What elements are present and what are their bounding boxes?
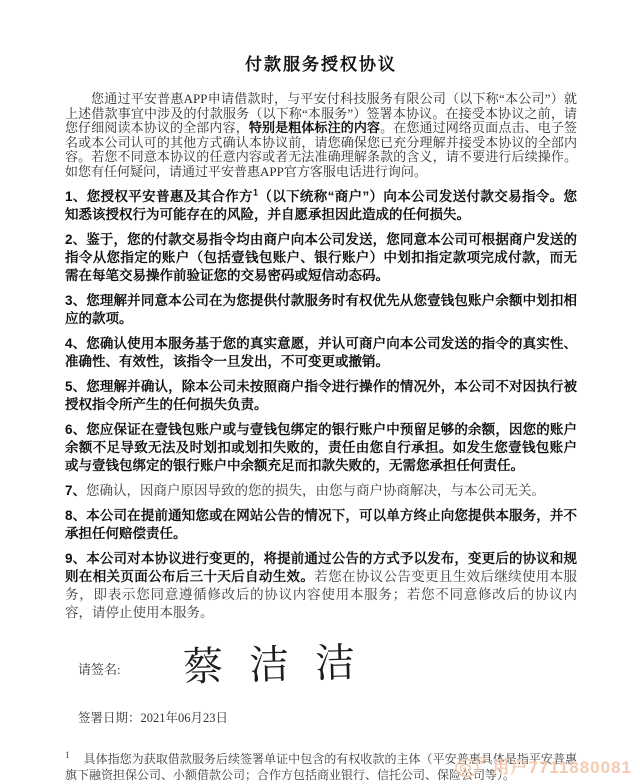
intro-text-bold: 特别是粗体标注的内容 bbox=[249, 120, 380, 135]
clause-1: 1、您授权平安普惠及其合作方1（以下统称“商户”）向本公司发送付款交易指令。您知… bbox=[65, 188, 577, 224]
intro-paragraph: 您通过平安普惠APP申请借款时，与平安付科技服务有限公司（以下称“本公司”）就上… bbox=[65, 92, 577, 179]
sign-date: 签署日期：2021年06月23日 bbox=[65, 708, 577, 726]
clause-6: 6、您应保证在壹钱包账户或与壹钱包绑定的银行账户中预留足够的余额，因您的账户余额… bbox=[65, 421, 577, 475]
clause-bold-text: 您应保证在壹钱包账户或与壹钱包绑定的银行账户中预留足够的余额，因您的账户余额不足… bbox=[65, 422, 577, 473]
clause-number: 7、 bbox=[65, 483, 86, 498]
clause-bold-text: 您理解并确认，除本公司未按照商户指令进行操作的情况外，本公司不对因执行被授权指令… bbox=[65, 379, 577, 412]
clause-bold-text: 鉴于，您的付款交易指令均由商户向本公司发送，您同意本公司可根据商户发送的指令从您… bbox=[65, 232, 577, 283]
clause-8: 8、本公司在提前通知您或在网站公告的情况下，可以单方终止向您提供本服务，并不承担… bbox=[65, 507, 577, 543]
weibo-watermark: 用户7711880081 bbox=[454, 752, 632, 778]
clause-7: 7、您确认，因商户原因导致的您的损失，由您与商户协商解决，与本公司无关。 bbox=[65, 482, 577, 500]
clause-2: 2、鉴于，您的付款交易指令均由商户向本公司发送，您同意本公司可根据商户发送的指令… bbox=[65, 231, 577, 285]
clause-number: 8、 bbox=[65, 508, 86, 523]
clause-4: 4、您确认使用本服务基于您的真实意愿，并认可商户向本公司发送的指令的真实性、准确… bbox=[65, 335, 577, 371]
clause-bold-text: 您理解并同意本公司在为您提供付款服务时有权优先从您壹钱包账户余额中划扣相应的款项… bbox=[65, 293, 577, 326]
page-title: 付款服务授权协议 bbox=[65, 50, 577, 75]
clause-bold-text: 您确认使用本服务基于您的真实意愿，并认可商户向本公司发送的指令的真实性、准确性、… bbox=[65, 336, 577, 369]
signature-label: 请签名: bbox=[78, 659, 121, 678]
clause-number: 9、 bbox=[65, 551, 86, 566]
footnote-marker: 1 bbox=[65, 750, 70, 760]
clause-number: 1、 bbox=[65, 189, 87, 204]
weibo-icon bbox=[454, 752, 488, 778]
agreement-document: 付款服务授权协议 您通过平安普惠APP申请借款时，与平安付科技服务有限公司（以下… bbox=[0, 0, 640, 783]
sign-date-label: 签署日期： bbox=[78, 711, 141, 725]
clause-number: 2、 bbox=[65, 232, 86, 247]
clause-normal-text: 您确认，因商户原因导致的您的损失，由您与商户协商解决，与本公司无关。 bbox=[86, 483, 545, 498]
clause-number: 4、 bbox=[65, 336, 86, 351]
clause-bold-text: 本公司在提前通知您或在网站公告的情况下，可以单方终止向您提供本服务，并不承担任何… bbox=[65, 508, 577, 541]
clause-number: 6、 bbox=[65, 422, 86, 437]
signature-handwriting: 蔡洁洁 bbox=[182, 630, 381, 692]
clause-5: 5、您理解并确认，除本公司未按照商户指令进行操作的情况外，本公司不对因执行被授权… bbox=[65, 378, 577, 414]
clause-3: 3、您理解并同意本公司在为您提供付款服务时有权优先从您壹钱包账户余额中划扣相应的… bbox=[65, 292, 577, 328]
clause-number: 3、 bbox=[65, 293, 86, 308]
sign-date-value: 2021年06月23日 bbox=[141, 711, 229, 725]
clause-bold-text: 您授权平安普惠及其合作方 bbox=[87, 189, 253, 204]
watermark-user-text: 用户7711880081 bbox=[492, 753, 632, 778]
signature-row: 请签名: 蔡洁洁 bbox=[65, 642, 577, 694]
clause-9: 9、本公司对本协议进行变更的，将提前通过公告的方式予以发布，变更后的协议和规则在… bbox=[65, 550, 577, 622]
clause-number: 5、 bbox=[65, 379, 86, 394]
